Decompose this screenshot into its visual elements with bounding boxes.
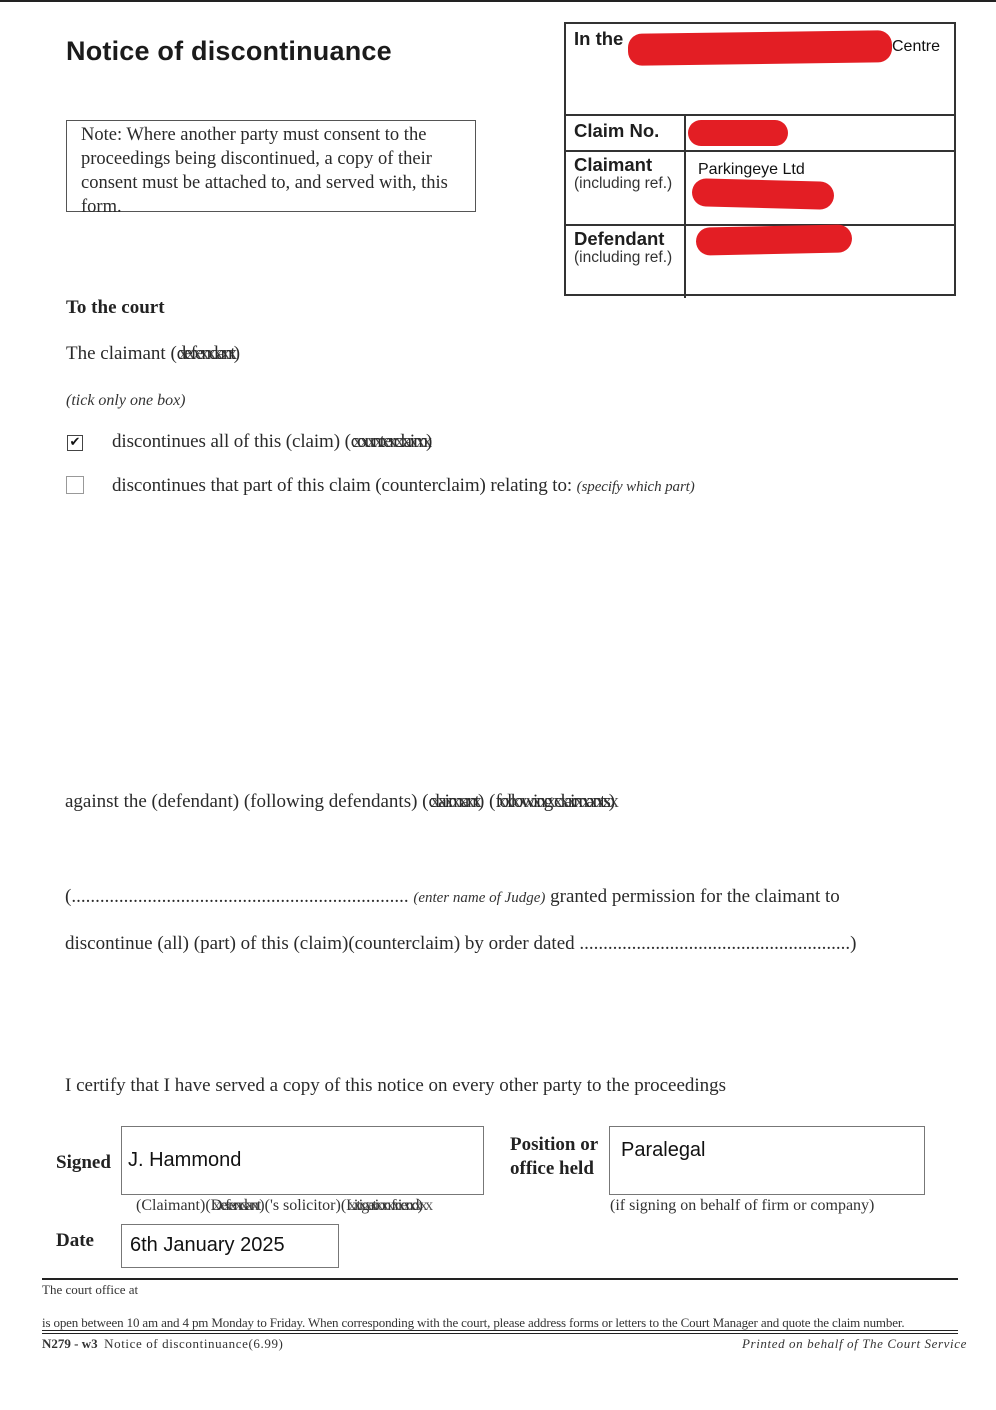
date-field[interactable]: 6th January 2025 [121,1224,339,1268]
column-divider [684,114,686,298]
court-details-box: In the Centre Claim No. Claimant (includ… [564,22,956,296]
discontinue-all-checkbox[interactable]: ✔ [67,435,83,451]
signed-label: Signed [56,1152,111,1174]
claim-no-row [566,114,954,116]
in-the-label: In the [574,28,623,50]
claimant-ref-redaction [692,178,835,210]
position-value: Paralegal [621,1139,706,1161]
footer-rule-1 [42,1330,958,1331]
date-label: Date [56,1230,94,1252]
struck-litigation-friend: Litigation friend [346,1197,417,1214]
date-value: 6th January 2025 [130,1234,285,1256]
footer-rule-top [42,1278,958,1280]
claimant-value: Parkingeye Ltd [698,161,805,179]
struck-claimant: claimant [429,791,478,812]
page-top-border [0,0,996,2]
signed-field[interactable]: J. Hammond [121,1126,484,1195]
to-court-heading: To the court [66,297,165,319]
judge-permission-line-1: (.......................................… [65,886,840,908]
part-specification-area[interactable] [112,505,952,775]
party-statement: The claimant (defendant) [66,343,240,365]
court-office-at: The court office at [42,1282,138,1298]
claimant-label: Claimant (including ref.) [574,154,672,192]
option-discontinue-all: discontinues all of this (claim) (counte… [112,431,432,453]
discontinue-part-checkbox[interactable] [66,476,84,494]
struck-following-claimants: following claimants [495,791,608,812]
checkmark-icon: ✔ [70,435,81,450]
signed-value: J. Hammond [128,1149,241,1171]
court-suffix: Centre [892,38,940,56]
struck-counterclaim: counterclaim [351,431,426,452]
claim-no-redaction [688,120,788,146]
defendant-redaction [696,224,853,255]
certification-statement: I certify that I have served a copy of t… [65,1075,726,1097]
struck-defendant: defendant [177,343,234,364]
against-parties-line: against the (defendant) (following defen… [65,791,615,813]
footer-rule-2 [42,1333,958,1334]
claimant-row [566,150,954,152]
judge-permission-line-2: discontinue (all) (part) of this (claim)… [65,933,856,955]
defendant-label: Defendant (including ref.) [574,228,672,266]
printed-by: Printed on behalf of The Court Service [742,1336,967,1352]
position-label: Position or office held [510,1133,598,1181]
court-hours-notice: is open between 10 am and 4 pm Monday to… [42,1315,904,1331]
position-caption: (if signing on behalf of firm or company… [610,1197,874,1215]
form-reference: N279 - w3 Notice of discontinuance(6.99) [42,1336,283,1352]
court-name-redaction [628,30,892,66]
tick-hint: (tick only one box) [66,392,186,410]
struck-defendant-role: Defendant [211,1197,260,1214]
consent-note: Note: Where another party must consent t… [66,120,476,212]
signer-role-caption: (Claimant)(Defendant)('s solicitor)(Liti… [136,1197,423,1215]
page-title: Notice of discontinuance [66,36,392,67]
option-discontinue-part: discontinues that part of this claim (co… [112,475,695,497]
claim-no-label: Claim No. [574,120,659,142]
position-field[interactable]: Paralegal [609,1126,925,1195]
